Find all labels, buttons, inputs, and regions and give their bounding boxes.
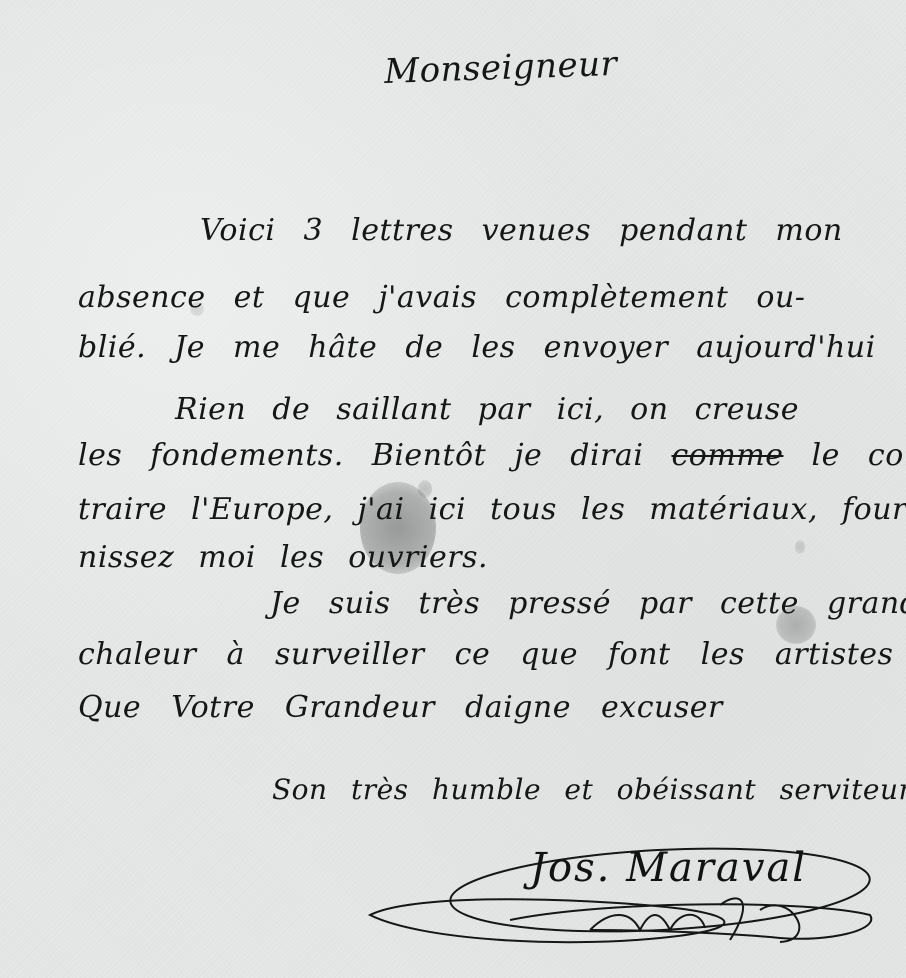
letter-line: traire l'Europe, j'ai ici tous les matér…: [78, 492, 906, 527]
letter-line: blié. Je me hâte de les envoyer aujourd'…: [78, 330, 876, 365]
signature: Jos. Maraval: [530, 845, 807, 891]
letter-line: Que Votre Grandeur daigne excuser: [78, 690, 723, 725]
salutation: Monseigneur: [384, 44, 618, 92]
struck-word: comme: [671, 438, 783, 473]
letter-page: Monseigneur Voici 3 lettres venues penda…: [0, 0, 906, 978]
letter-line: absence et que j'avais complètement ou-: [78, 280, 805, 315]
letter-line: chaleur à surveiller ce que font les art…: [78, 637, 893, 672]
closing-line: Son très humble et obéissant serviteur.: [272, 773, 906, 806]
letter-line: Je suis très pressé par cette grande: [270, 586, 906, 621]
letter-line-text: le con-: [812, 438, 906, 473]
letter-line: Rien de saillant par ici, on creuse: [175, 392, 799, 427]
letter-line: nissez moi les ouvriers.: [78, 540, 488, 575]
letter-line: Voici 3 lettres venues pendant mon: [200, 213, 843, 248]
letter-line-text: les fondements. Bientôt je dirai: [78, 438, 643, 473]
letter-line: les fondements. Bientôt je dirai comme l…: [78, 438, 906, 473]
ink-spot: [795, 540, 805, 554]
